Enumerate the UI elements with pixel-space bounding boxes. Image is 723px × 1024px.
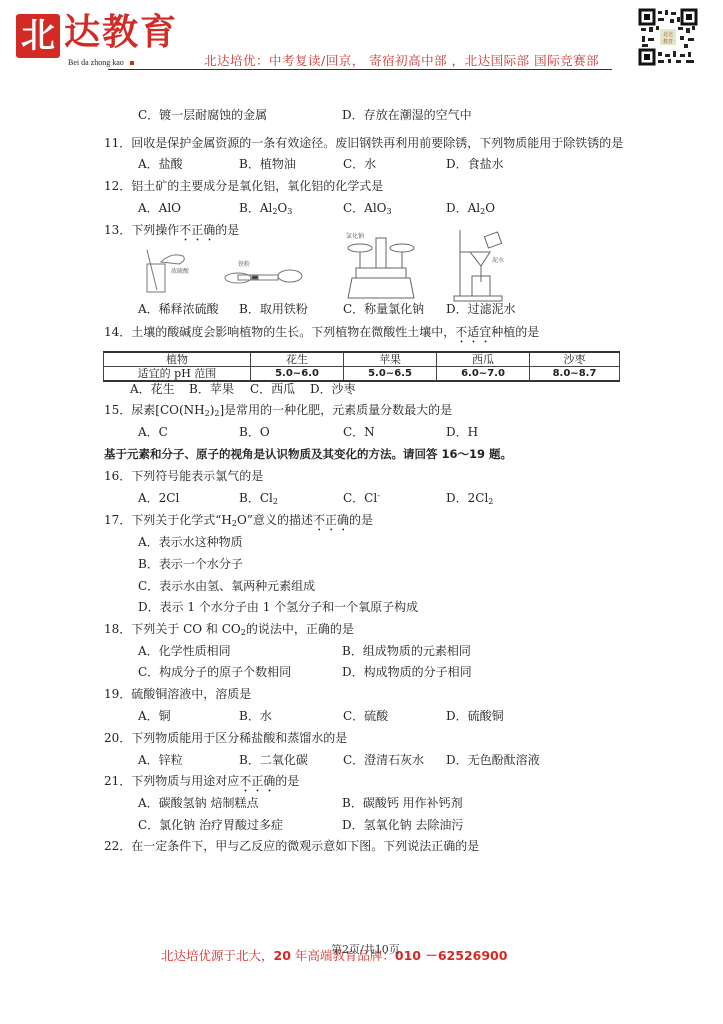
q14-option-b: B．苹果 [189, 381, 234, 397]
q10-option-c: C．镀一层耐腐蚀的金属 [138, 107, 267, 123]
q12-stem: 12．铝土矿的主要成分是氧化铝，氧化铝的化学式是 [104, 178, 383, 194]
table-cell: 8.0~8.7 [530, 367, 620, 382]
qr-code-icon: 北达 教育 [638, 8, 698, 66]
q21-option-a: A．碳酸氢钠 焙制糕点 [138, 795, 258, 811]
logo-subtitle: Bei da zhong kao [68, 58, 134, 67]
q15-option-a: A．C [138, 424, 168, 440]
q18-stem: 18．下列关于 CO 和 CO2的说法中，正确的是 [104, 621, 354, 637]
svg-text:浓硫酸: 浓硫酸 [171, 267, 190, 275]
q16-stem: 16．下列符号能表示氯气的是 [104, 468, 263, 484]
header-divider [108, 69, 612, 70]
q21-option-c: C．氯化钠 治疗胃酸过多症 [138, 817, 283, 833]
logo-text: 达教育 [64, 10, 178, 54]
q19-stem: 19．硫酸铜溶液中，溶质是 [104, 686, 251, 702]
q13-option-d: D．过滤泥水 [446, 301, 516, 317]
q19-option-a: A．铜 [138, 708, 171, 724]
q12-option-a: A．AlO [138, 200, 181, 216]
figure-iron-powder: 铁粉 [224, 258, 304, 288]
table-cell: 6.0~7.0 [437, 367, 530, 382]
table-cell: 植物 [104, 352, 251, 367]
q13-option-b: B．取用铁粉 [239, 301, 308, 317]
table-row: 适宜的 pH 范围 5.0~6.0 5.0~6.5 6.0~7.0 8.0~8.… [104, 367, 620, 382]
q18-option-c: C．构成分子的原子个数相同 [138, 664, 291, 680]
q12-option-d: D．Al2O [446, 200, 495, 216]
logo-subtitle-text: Bei da zhong kao [68, 58, 124, 67]
q14-option-c: C．西瓜 [250, 381, 295, 397]
q12-option-b: B．Al2O3 [239, 200, 292, 216]
q14-stem: 14．土壤的酸碱度会影响植物的生长。下列植物在微酸性土壤中，不适宜种植的是 [104, 324, 539, 346]
q11-option-b: B．植物油 [239, 156, 296, 172]
q13-stem: 13．下列操作不正确的是 [104, 222, 239, 244]
table-cell: 5.0~6.5 [344, 367, 437, 382]
q11-stem: 11．回收是保护金属资源的一条有效途径。废旧钢铁再利用前要除锈，下列物质能用于除… [104, 135, 623, 151]
svg-text:教育: 教育 [663, 38, 673, 45]
figure-balance: 氯化钠 [346, 230, 416, 302]
q16-option-b: B．Cl2 [239, 490, 278, 506]
table-cell: 沙枣 [530, 352, 620, 367]
q20-option-b: B．二氧化碳 [239, 752, 308, 768]
q18-option-a: A．化学性质相同 [138, 643, 231, 659]
q17-option-c: C．表示水由氢、氧两种元素组成 [138, 578, 315, 594]
svg-text:氯化钠: 氯化钠 [346, 232, 364, 240]
q12-option-c: C．AlO3 [343, 200, 392, 216]
q15-option-d: D．H [446, 424, 478, 440]
table-cell: 5.0~6.0 [251, 367, 344, 382]
q16-option-a: A．2Cl [138, 490, 179, 506]
ph-table: 植物 花生 苹果 西瓜 沙枣 适宜的 pH 范围 5.0~6.0 5.0~6.5… [103, 351, 620, 382]
q18-option-d: D．构成物质的分子相同 [342, 664, 472, 680]
svg-text:铁粉: 铁粉 [238, 260, 250, 268]
table-cell: 花生 [251, 352, 344, 367]
q13-option-a: A．稀释浓硫酸 [138, 301, 219, 317]
q21-stem: 21．下列物质与用途对应不正确的是 [104, 773, 299, 795]
q18-option-b: B．组成物质的元素相同 [342, 643, 471, 659]
q19-option-c: C．硫酸 [343, 708, 388, 724]
q17-option-b: B．表示一个水分子 [138, 556, 243, 572]
q17-option-a: A．表示水这种物质 [138, 534, 243, 550]
q19-option-b: B．水 [239, 708, 272, 724]
q11-option-c: C．水 [343, 156, 376, 172]
q21-option-b: B．碳酸钙 用作补钙剂 [342, 795, 463, 811]
header-slogan: 北达培优：中考复读/回京， 寄宿初高中部 ，北达国际部 国际竞赛部 [204, 51, 599, 69]
q15-option-b: B．O [239, 424, 270, 440]
q14-option-d: D．沙枣 [310, 381, 356, 397]
q13-option-c: C．称量氯化钠 [343, 301, 424, 317]
q20-option-a: A．锌粒 [138, 752, 183, 768]
q20-stem: 20．下列物质能用于区分稀盐酸和蒸馏水的是 [104, 730, 347, 746]
q10-option-d: D．存放在潮湿的空气中 [342, 107, 472, 123]
table-cell: 西瓜 [437, 352, 530, 367]
q19-option-d: D．硫酸铜 [446, 708, 504, 724]
q11-option-d: D．食盐水 [446, 156, 504, 172]
q20-option-c: C．澄清石灰水 [343, 752, 424, 768]
q17-option-d: D．表示 1 个水分子由 1 个氢分子和一个氧原子构成 [138, 599, 418, 615]
svg-text:泥水: 泥水 [492, 256, 504, 264]
q15-option-c: C．N [343, 424, 375, 440]
q17-stem: 17．下列关于化学式“H2O”意义的描述不正确的是 [104, 512, 373, 534]
table-cell: 适宜的 pH 范围 [104, 367, 251, 382]
q22-stem: 22．在一定条件下，甲与乙反应的微观示意如下图。下列说法正确的是 [104, 838, 479, 854]
svg-text:北达: 北达 [663, 31, 673, 38]
page-indicator: 第2页/共10页 [331, 941, 400, 957]
section-note: 基于元素和分子、原子的视角是认识物质及其变化的方法。请回答 16～19 题。 [104, 446, 512, 462]
q11-option-a: A．盐酸 [138, 156, 183, 172]
q15-stem: 15．尿素[CO(NH2)2]是常用的一种化肥，元素质量分数最大的是 [104, 402, 452, 418]
q21-option-d: D．氢氧化钠 去除油污 [342, 817, 463, 833]
q20-option-d: D．无色酚酞溶液 [446, 752, 540, 768]
logo-square-icon [130, 61, 134, 65]
logo-mark: 北 [16, 14, 60, 58]
q14-option-a: A．花生 [130, 381, 175, 397]
table-cell: 苹果 [344, 352, 437, 367]
figure-dilute-acid: 浓硫酸 [143, 246, 193, 296]
table-header-row: 植物 花生 苹果 西瓜 沙枣 [104, 352, 620, 367]
q16-option-c: C．Cl- [343, 490, 380, 506]
figure-filtration: 泥水 [452, 226, 512, 304]
q16-option-d: D．2Cl2 [446, 490, 493, 506]
